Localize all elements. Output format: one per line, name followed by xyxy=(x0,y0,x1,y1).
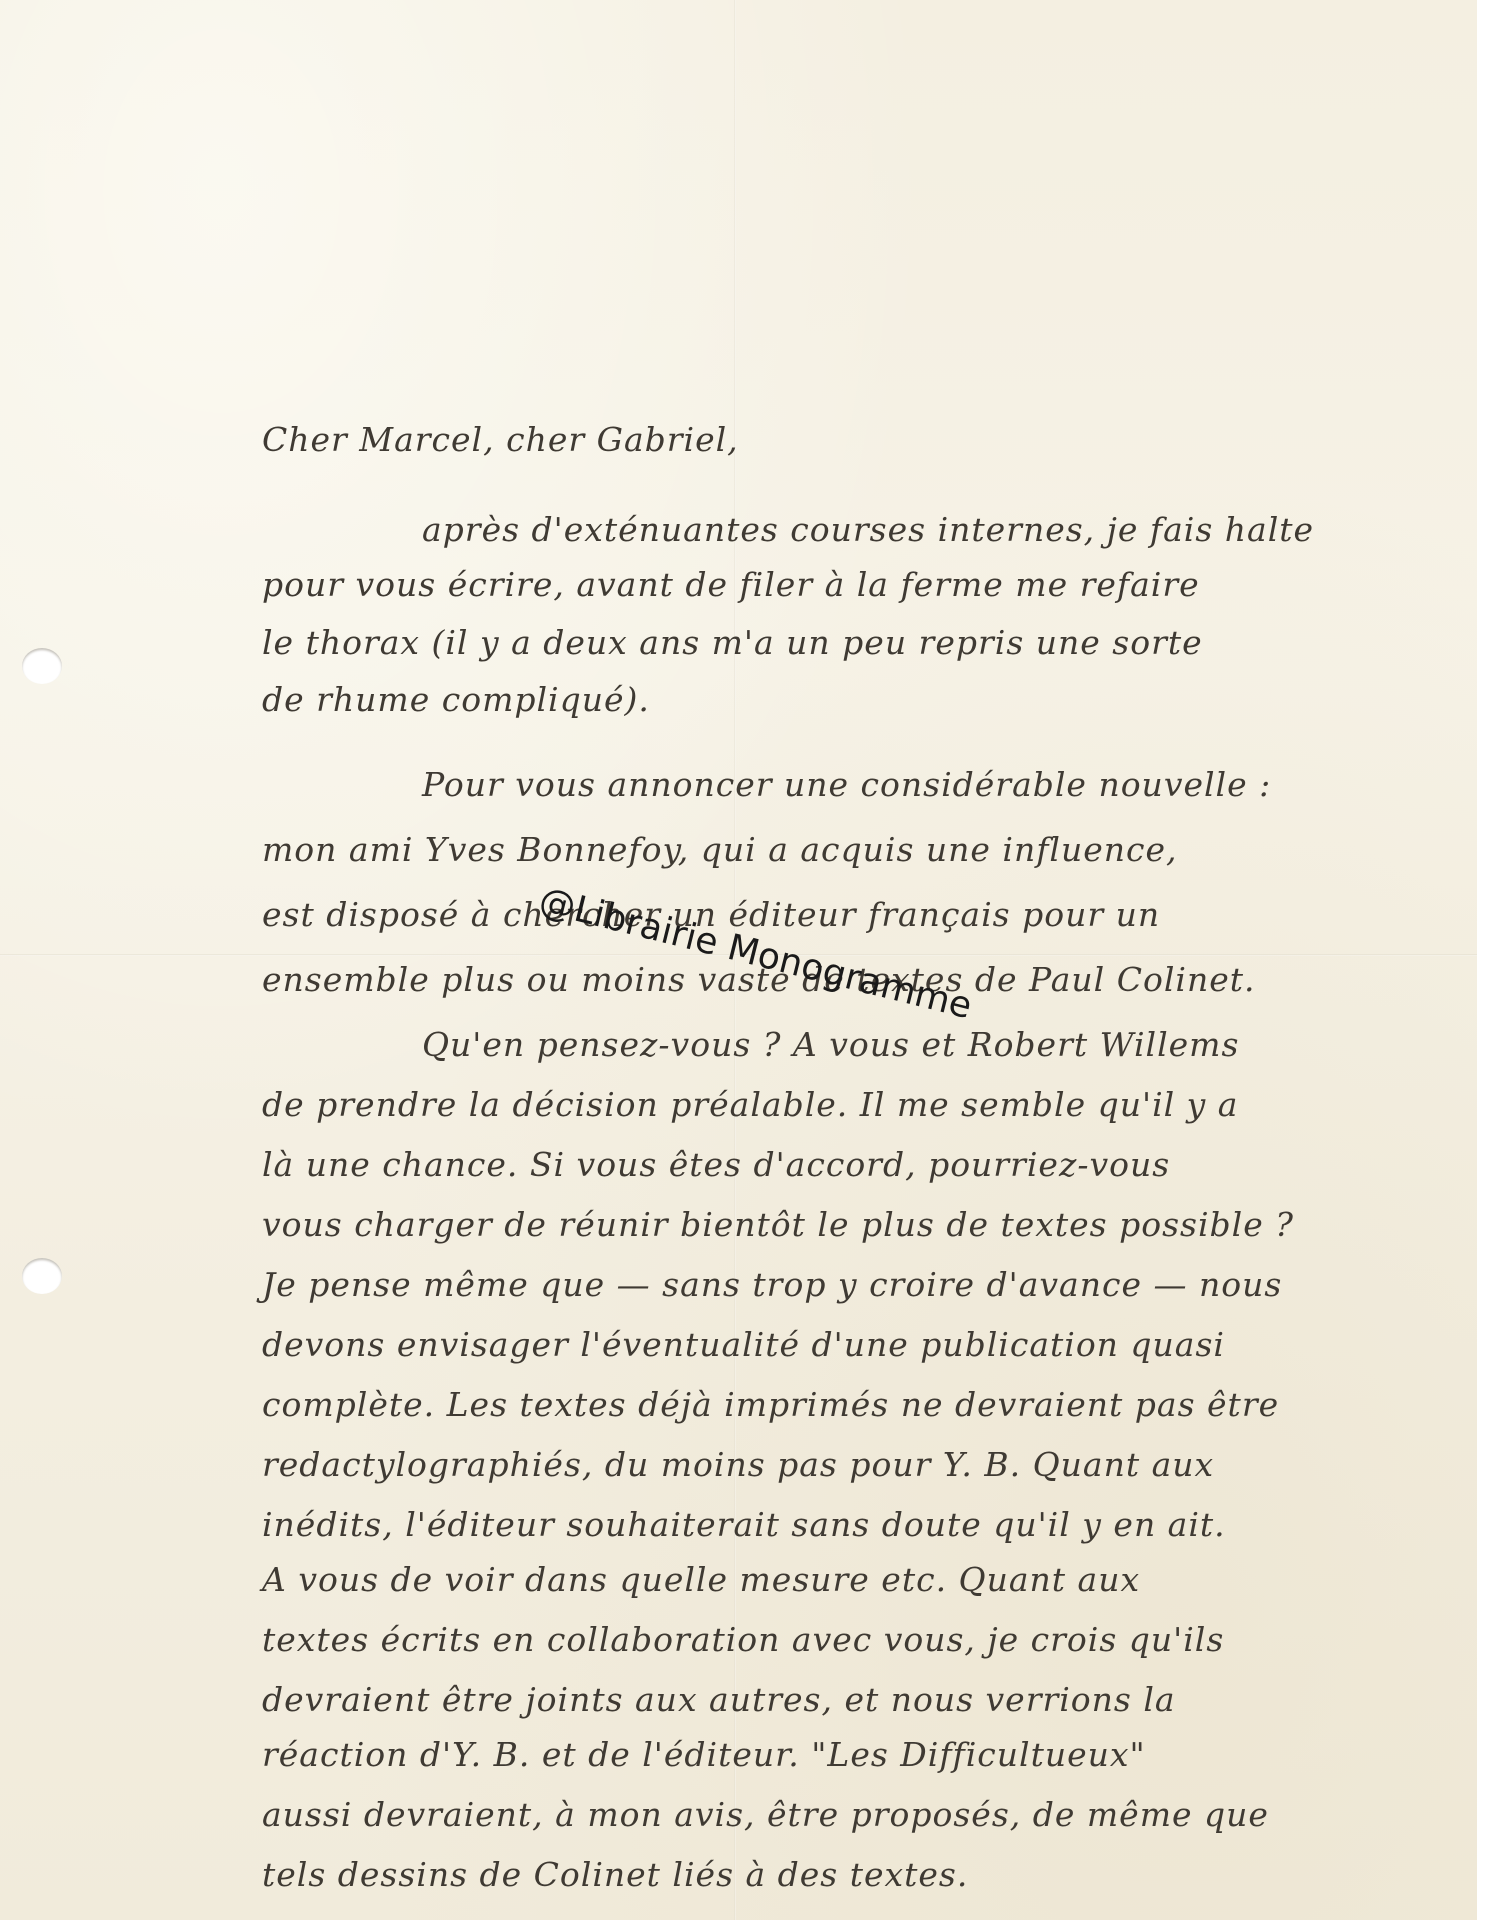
letter-line: mon ami Yves Bonnefoy, qui a acquis une … xyxy=(262,830,1178,869)
letter-line: inédits, l'éditeur souhaiterait sans dou… xyxy=(262,1505,1226,1544)
letter-line: devraient être joints aux autres, et nou… xyxy=(262,1680,1176,1719)
salutation: Cher Marcel, cher Gabriel, xyxy=(262,420,739,459)
letter-line: vous charger de réunir bientôt le plus d… xyxy=(262,1205,1294,1244)
letter-line: de prendre la décision préalable. Il me … xyxy=(262,1085,1238,1124)
letter-line: devons envisager l'éventualité d'une pub… xyxy=(262,1325,1225,1364)
letter-line: A vous de voir dans quelle mesure etc. Q… xyxy=(262,1560,1140,1599)
letter-line: tels dessins de Colinet liés à des texte… xyxy=(262,1855,968,1894)
letter-line: le thorax (il y a deux ans m'a un peu re… xyxy=(262,623,1203,662)
letter-line: là une chance. Si vous êtes d'accord, po… xyxy=(262,1145,1170,1184)
letter-line: complète. Les textes déjà imprimés ne de… xyxy=(262,1385,1279,1424)
punch-hole-top xyxy=(22,648,62,684)
letter-line: pour vous écrire, avant de filer à la fe… xyxy=(262,565,1200,604)
letter-line: aussi devraient, à mon avis, être propos… xyxy=(262,1795,1269,1834)
letter-line: Je pense même que — sans trop y croire d… xyxy=(262,1265,1282,1304)
letter-line: Qu'en pensez-vous ? A vous et Robert Wil… xyxy=(422,1025,1239,1064)
letter-line: après d'exténuantes courses internes, je… xyxy=(422,510,1314,549)
letter-line: de rhume compliqué). xyxy=(262,680,650,719)
punch-hole-bottom xyxy=(22,1258,62,1294)
letter-line: Pour vous annoncer une considérable nouv… xyxy=(422,765,1271,804)
letter-paper: Cher Marcel, cher Gabriel, après d'extén… xyxy=(0,0,1477,1920)
letter-line: redactylographiés, du moins pas pour Y. … xyxy=(262,1445,1214,1484)
letter-line: textes écrits en collaboration avec vous… xyxy=(262,1620,1224,1659)
letter-line: réaction d'Y. B. et de l'éditeur. "Les D… xyxy=(262,1735,1146,1774)
